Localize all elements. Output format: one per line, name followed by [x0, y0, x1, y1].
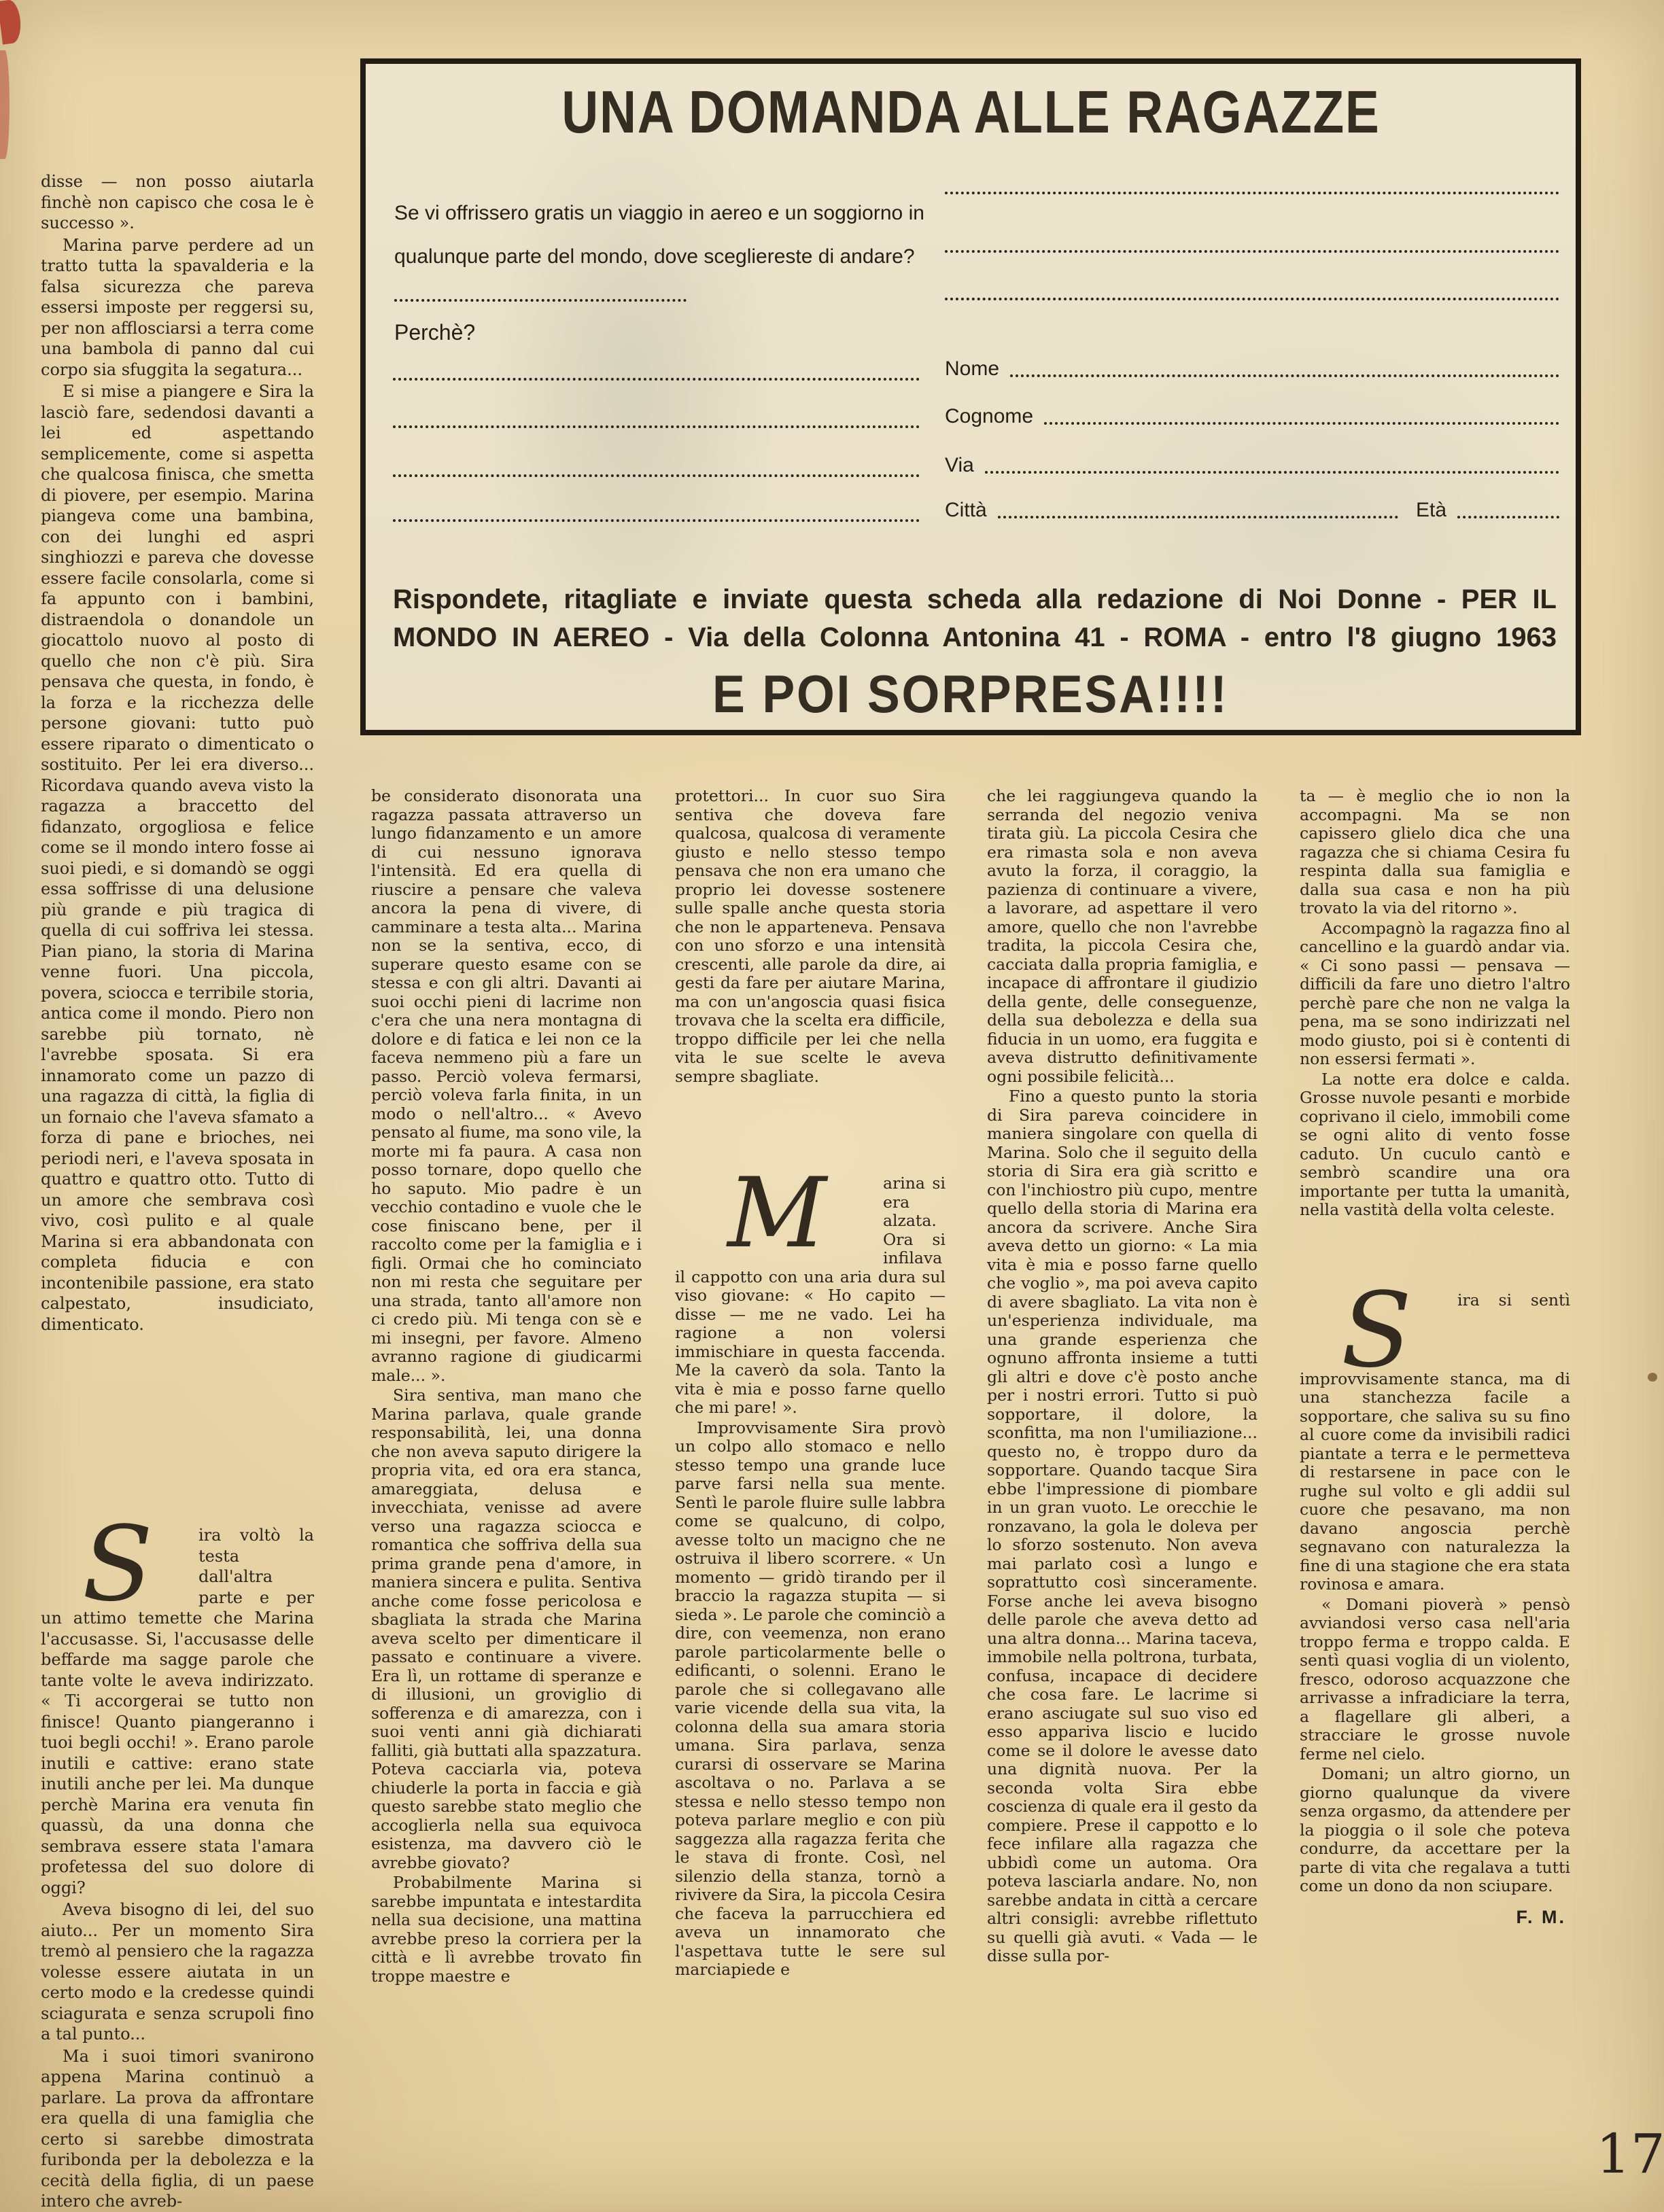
coupon-instructions-line1: Rispondete, ritagliate e inviate questa …: [393, 580, 1557, 618]
drop-cap-s: S: [41, 1529, 194, 1604]
paragraph-text: protettori... In cuor suo Sira sentiva c…: [675, 786, 946, 1086]
paragraph-text: Improvvisamente Sira provò un colpo allo…: [675, 1418, 946, 1980]
paragraph-text: Probabilmente Marina si sarebbe impuntat…: [371, 1873, 642, 1986]
paragraph: Domani; un altro giorno, un giorno qualu…: [1300, 1765, 1570, 1896]
answer-line: [945, 192, 1559, 194]
paragraph: Improvvisamente Sira provò un colpo allo…: [675, 1419, 946, 1980]
paragraph-text: Aveva bisogno di lei, del suo aiuto... P…: [41, 1900, 314, 2043]
article-column-4: che lei raggiungeva quando la serranda d…: [987, 787, 1258, 1967]
field-label-citta: Città: [945, 499, 987, 522]
coupon-question-text: Se vi offrissero gratis un viaggio in ae…: [394, 202, 924, 268]
answer-line: [393, 519, 920, 522]
field-line-cognome: [1044, 422, 1559, 425]
paragraph: ta — è meglio che io non la accompagni. …: [1300, 787, 1570, 918]
paragraph: disse — non posso aiutarla finchè non ca…: [41, 171, 314, 234]
paragraph-text: Ma i suoi timori svanirono appena Marina…: [41, 2047, 314, 2211]
paragraph: Sira sentiva, man mano che Marina parlav…: [371, 1386, 642, 1872]
field-row-nome: Nome: [945, 352, 1559, 381]
field-label-cognome: Cognome: [945, 405, 1033, 428]
paragraph-text: Accompagnò la ragazza fino al cancellino…: [1300, 919, 1570, 1069]
paragraph: Accompagnò la ragazza fino al cancellino…: [1300, 919, 1570, 1069]
article-column-1: disse — non posso aiutarla finchè non ca…: [41, 171, 314, 2212]
article-column-3: protettori... In cuor suo Sira sentiva c…: [675, 787, 946, 1981]
answer-line: [945, 298, 1559, 300]
page-number: 17: [1596, 2126, 1664, 2183]
paragraph-text: Sira sentiva, man mano che Marina parlav…: [371, 1386, 642, 1872]
paragraph: protettori... In cuor suo Sira sentiva c…: [675, 787, 946, 1086]
paragraph-text: La notte era dolce e calda. Grosse nuvol…: [1300, 1070, 1570, 1220]
answer-line: [393, 378, 920, 381]
paragraph: che lei raggiungeva quando la serranda d…: [987, 787, 1258, 1086]
field-line-citta: [998, 516, 1398, 519]
paragraph-text: Domani; un altro giorno, un giorno qualu…: [1300, 1764, 1570, 1895]
field-label-nome: Nome: [945, 357, 999, 381]
field-line-via: [985, 471, 1559, 474]
coupon-title-text: UNA DOMANDA ALLE RAGAZZE: [561, 80, 1380, 144]
coupon-question: Se vi offrissero gratis un viaggio in ae…: [394, 192, 938, 322]
paragraph-text: che lei raggiungeva quando la serranda d…: [987, 786, 1258, 1086]
paragraph-text: « Domani pioverà » pensò avviandosi vers…: [1300, 1595, 1570, 1763]
coupon-instructions: Rispondete, ritagliate e inviate questa …: [393, 580, 1557, 656]
field-label-via: Via: [945, 454, 974, 477]
magazine-page: UNA DOMANDA ALLE RAGAZZE Se vi offrisser…: [0, 0, 1664, 2212]
paragraph: Ma i suoi timori svanirono appena Marina…: [41, 2046, 314, 2212]
author-initials: F. M.: [1300, 1907, 1570, 1927]
paragraph: « Domani pioverà » pensò avviandosi vers…: [1300, 1596, 1570, 1764]
field-label-eta: Età: [1416, 499, 1446, 522]
paragraph-text: Marina parve perdere ad un tratto tutta …: [41, 236, 314, 379]
paragraph-text: ta — è meglio che io non la accompagni. …: [1300, 786, 1570, 917]
paragraph: La notte era dolce e calda. Grosse nuvol…: [1300, 1070, 1570, 1220]
coupon: UNA DOMANDA ALLE RAGAZZE Se vi offrisser…: [360, 58, 1581, 735]
coupon-surprise-text: E POI SORPRESA!!!!: [712, 666, 1228, 722]
paragraph-text: E si mise a piangere e Sira la lasciò fa…: [41, 382, 314, 1334]
coupon-surprise: E POI SORPRESA!!!!: [366, 666, 1576, 722]
paragraph-text: disse — non posso aiutarla finchè non ca…: [41, 172, 314, 232]
article-column-5: ta — è meglio che io non la accompagni. …: [1300, 787, 1570, 1927]
answer-line: [945, 250, 1559, 253]
paragraph: Marina si era alzata. Ora si infilava il…: [675, 1174, 946, 1418]
field-row-cognome: Cognome: [945, 400, 1559, 428]
paragraph: Sira si sentì improvvisamente stanca, ma…: [1300, 1291, 1570, 1594]
field-line-nome: [1010, 374, 1559, 377]
drop-cap-s: S: [1300, 1295, 1453, 1370]
paragraph: Fino a questo punto la storia di Sira pa…: [987, 1087, 1258, 1966]
paragraph: Sira voltò la testa dall'altra parte e p…: [41, 1525, 314, 1898]
drop-cap-m: M: [675, 1178, 879, 1253]
paragraph: Probabilmente Marina si sarebbe impuntat…: [371, 1874, 642, 1986]
paragraph: Aveva bisogno di lei, del suo aiuto... P…: [41, 1899, 314, 2045]
answer-line: [393, 425, 920, 428]
answer-line: [394, 299, 687, 302]
paragraph: E si mise a piangere e Sira la lasciò fa…: [41, 381, 314, 1335]
red-edge-mark: [0, 50, 10, 159]
article-column-2: be considerato disonorata una ragazza pa…: [371, 787, 642, 1987]
foxing-spot: [1648, 1373, 1657, 1382]
paragraph: Marina parve perdere ad un tratto tutta …: [41, 235, 314, 381]
red-edge-mark: [0, 0, 23, 45]
paragraph-text: be considerato disonorata una ragazza pa…: [371, 786, 642, 1385]
coupon-instructions-line2: MONDO IN AEREO - Via della Colonna Anton…: [393, 618, 1557, 656]
field-line-eta: [1457, 516, 1559, 519]
paragraph: be considerato disonorata una ragazza pa…: [371, 787, 642, 1385]
paragraph-text: Fino a questo punto la storia di Sira pa…: [987, 1087, 1258, 1965]
coupon-title: UNA DOMANDA ALLE RAGAZZE: [366, 80, 1576, 144]
coupon-why-label: Perchè?: [394, 321, 475, 344]
answer-line: [393, 474, 920, 477]
field-row-via: Via: [945, 449, 1559, 477]
field-row-citta-eta: Città Età: [945, 493, 1559, 522]
